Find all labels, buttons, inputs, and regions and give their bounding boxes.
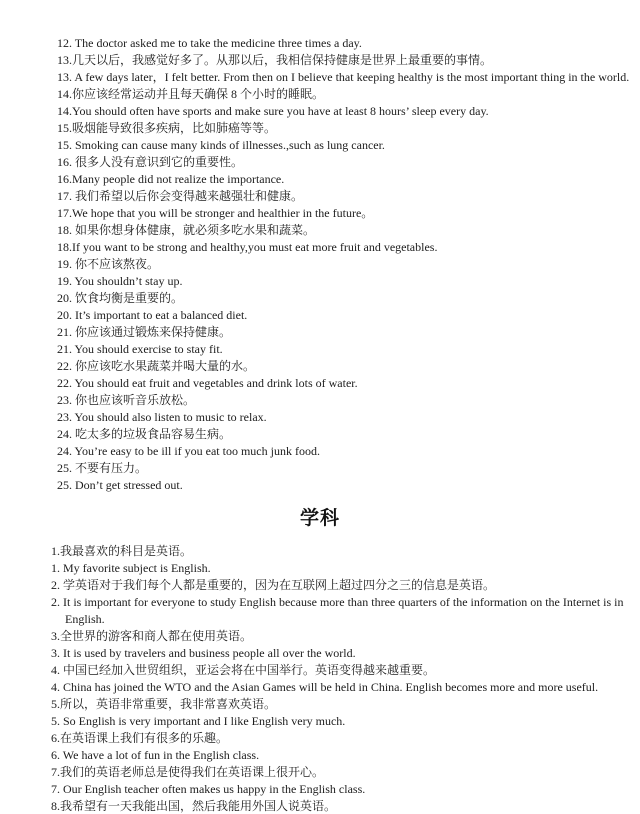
document-page: 12. The doctor asked me to take the medi… — [0, 0, 640, 814]
text-line: 4. 中国已经加入世贸组织，亚运会将在中国举行。英语变得越来越重要。 — [51, 662, 633, 679]
text-line: 24. You’re easy to be ill if you eat too… — [57, 443, 635, 460]
text-line: 2. It is important for everyone to study… — [51, 594, 633, 628]
text-line: 6. We have a lot of fun in the English c… — [51, 747, 633, 764]
text-line: 18. 如果你想身体健康，就必须多吃水果和蔬菜。 — [57, 222, 635, 239]
text-line: 16.Many people did not realize the impor… — [57, 171, 635, 188]
text-line: 15.吸烟能导致很多疾病，比如肺癌等等。 — [57, 120, 635, 137]
text-line: 5.所以，英语非常重要，我非常喜欢英语。 — [51, 696, 633, 713]
text-line: 21. 你应该通过锻炼来保持健康。 — [57, 324, 635, 341]
text-line: 19. You shouldn’t stay up. — [57, 273, 635, 290]
text-line: 3.全世界的游客和商人都在使用英语。 — [51, 628, 633, 645]
text-line: 14.You should often have sports and make… — [57, 103, 635, 120]
health-phrases-section: 12. The doctor asked me to take the medi… — [57, 35, 635, 494]
text-line: 21. You should exercise to stay fit. — [57, 341, 635, 358]
text-line: 2. 学英语对于我们每个人都是重要的，因为在互联网上超过四分之三的信息是英语。 — [51, 577, 633, 594]
text-line: 25. 不要有压力。 — [57, 460, 635, 477]
text-line: 7.我们的英语老师总是使得我们在英语课上很开心。 — [51, 764, 633, 781]
text-line: 24. 吃太多的垃圾食品容易生病。 — [57, 426, 635, 443]
text-line: 20. It’s important to eat a balanced die… — [57, 307, 635, 324]
text-line: 13. A few days later，I felt better. From… — [57, 69, 635, 86]
text-line: 5. So English is very important and I li… — [51, 713, 633, 730]
text-line: 17.We hope that you will be stronger and… — [57, 205, 635, 222]
text-line: 23. 你也应该听音乐放松。 — [57, 392, 635, 409]
text-line: 22. You should eat fruit and vegetables … — [57, 375, 635, 392]
text-line: 14.你应该经常运动并且每天确保 8 个小时的睡眠。 — [57, 86, 635, 103]
text-line: 6.在英语课上我们有很多的乐趣。 — [51, 730, 633, 747]
text-line: 18.If you want to be strong and healthy,… — [57, 239, 635, 256]
text-line: 13.几天以后，我感觉好多了。从那以后，我相信保持健康是世界上最重要的事情。 — [57, 52, 635, 69]
text-line: 15. Smoking can cause many kinds of illn… — [57, 137, 635, 154]
text-line: 12. The doctor asked me to take the medi… — [57, 35, 635, 52]
text-line: 22. 你应该吃水果蔬菜并喝大量的水。 — [57, 358, 635, 375]
subjects-section: 1.我最喜欢的科目是英语。1. My favorite subject is E… — [51, 543, 633, 814]
text-line: 8.我希望有一天我能出国，然后我能用外国人说英语。 — [51, 798, 633, 814]
text-line: 3. It is used by travelers and business … — [51, 645, 633, 662]
text-line: 7. Our English teacher often makes us ha… — [51, 781, 633, 798]
text-line: 25. Don’t get stressed out. — [57, 477, 635, 494]
text-line: 1.我最喜欢的科目是英语。 — [51, 543, 633, 560]
text-line: 1. My favorite subject is English. — [51, 560, 633, 577]
text-line: 23. You should also listen to music to r… — [57, 409, 635, 426]
text-line: 20. 饮食均衡是重要的。 — [57, 290, 635, 307]
text-line: 4. China has joined the WTO and the Asia… — [51, 679, 633, 696]
text-line: 19. 你不应该熬夜。 — [57, 256, 635, 273]
section-heading: 学科 — [0, 506, 640, 532]
text-line: 17. 我们希望以后你会变得越来越强壮和健康。 — [57, 188, 635, 205]
text-line: 16. 很多人没有意识到它的重要性。 — [57, 154, 635, 171]
